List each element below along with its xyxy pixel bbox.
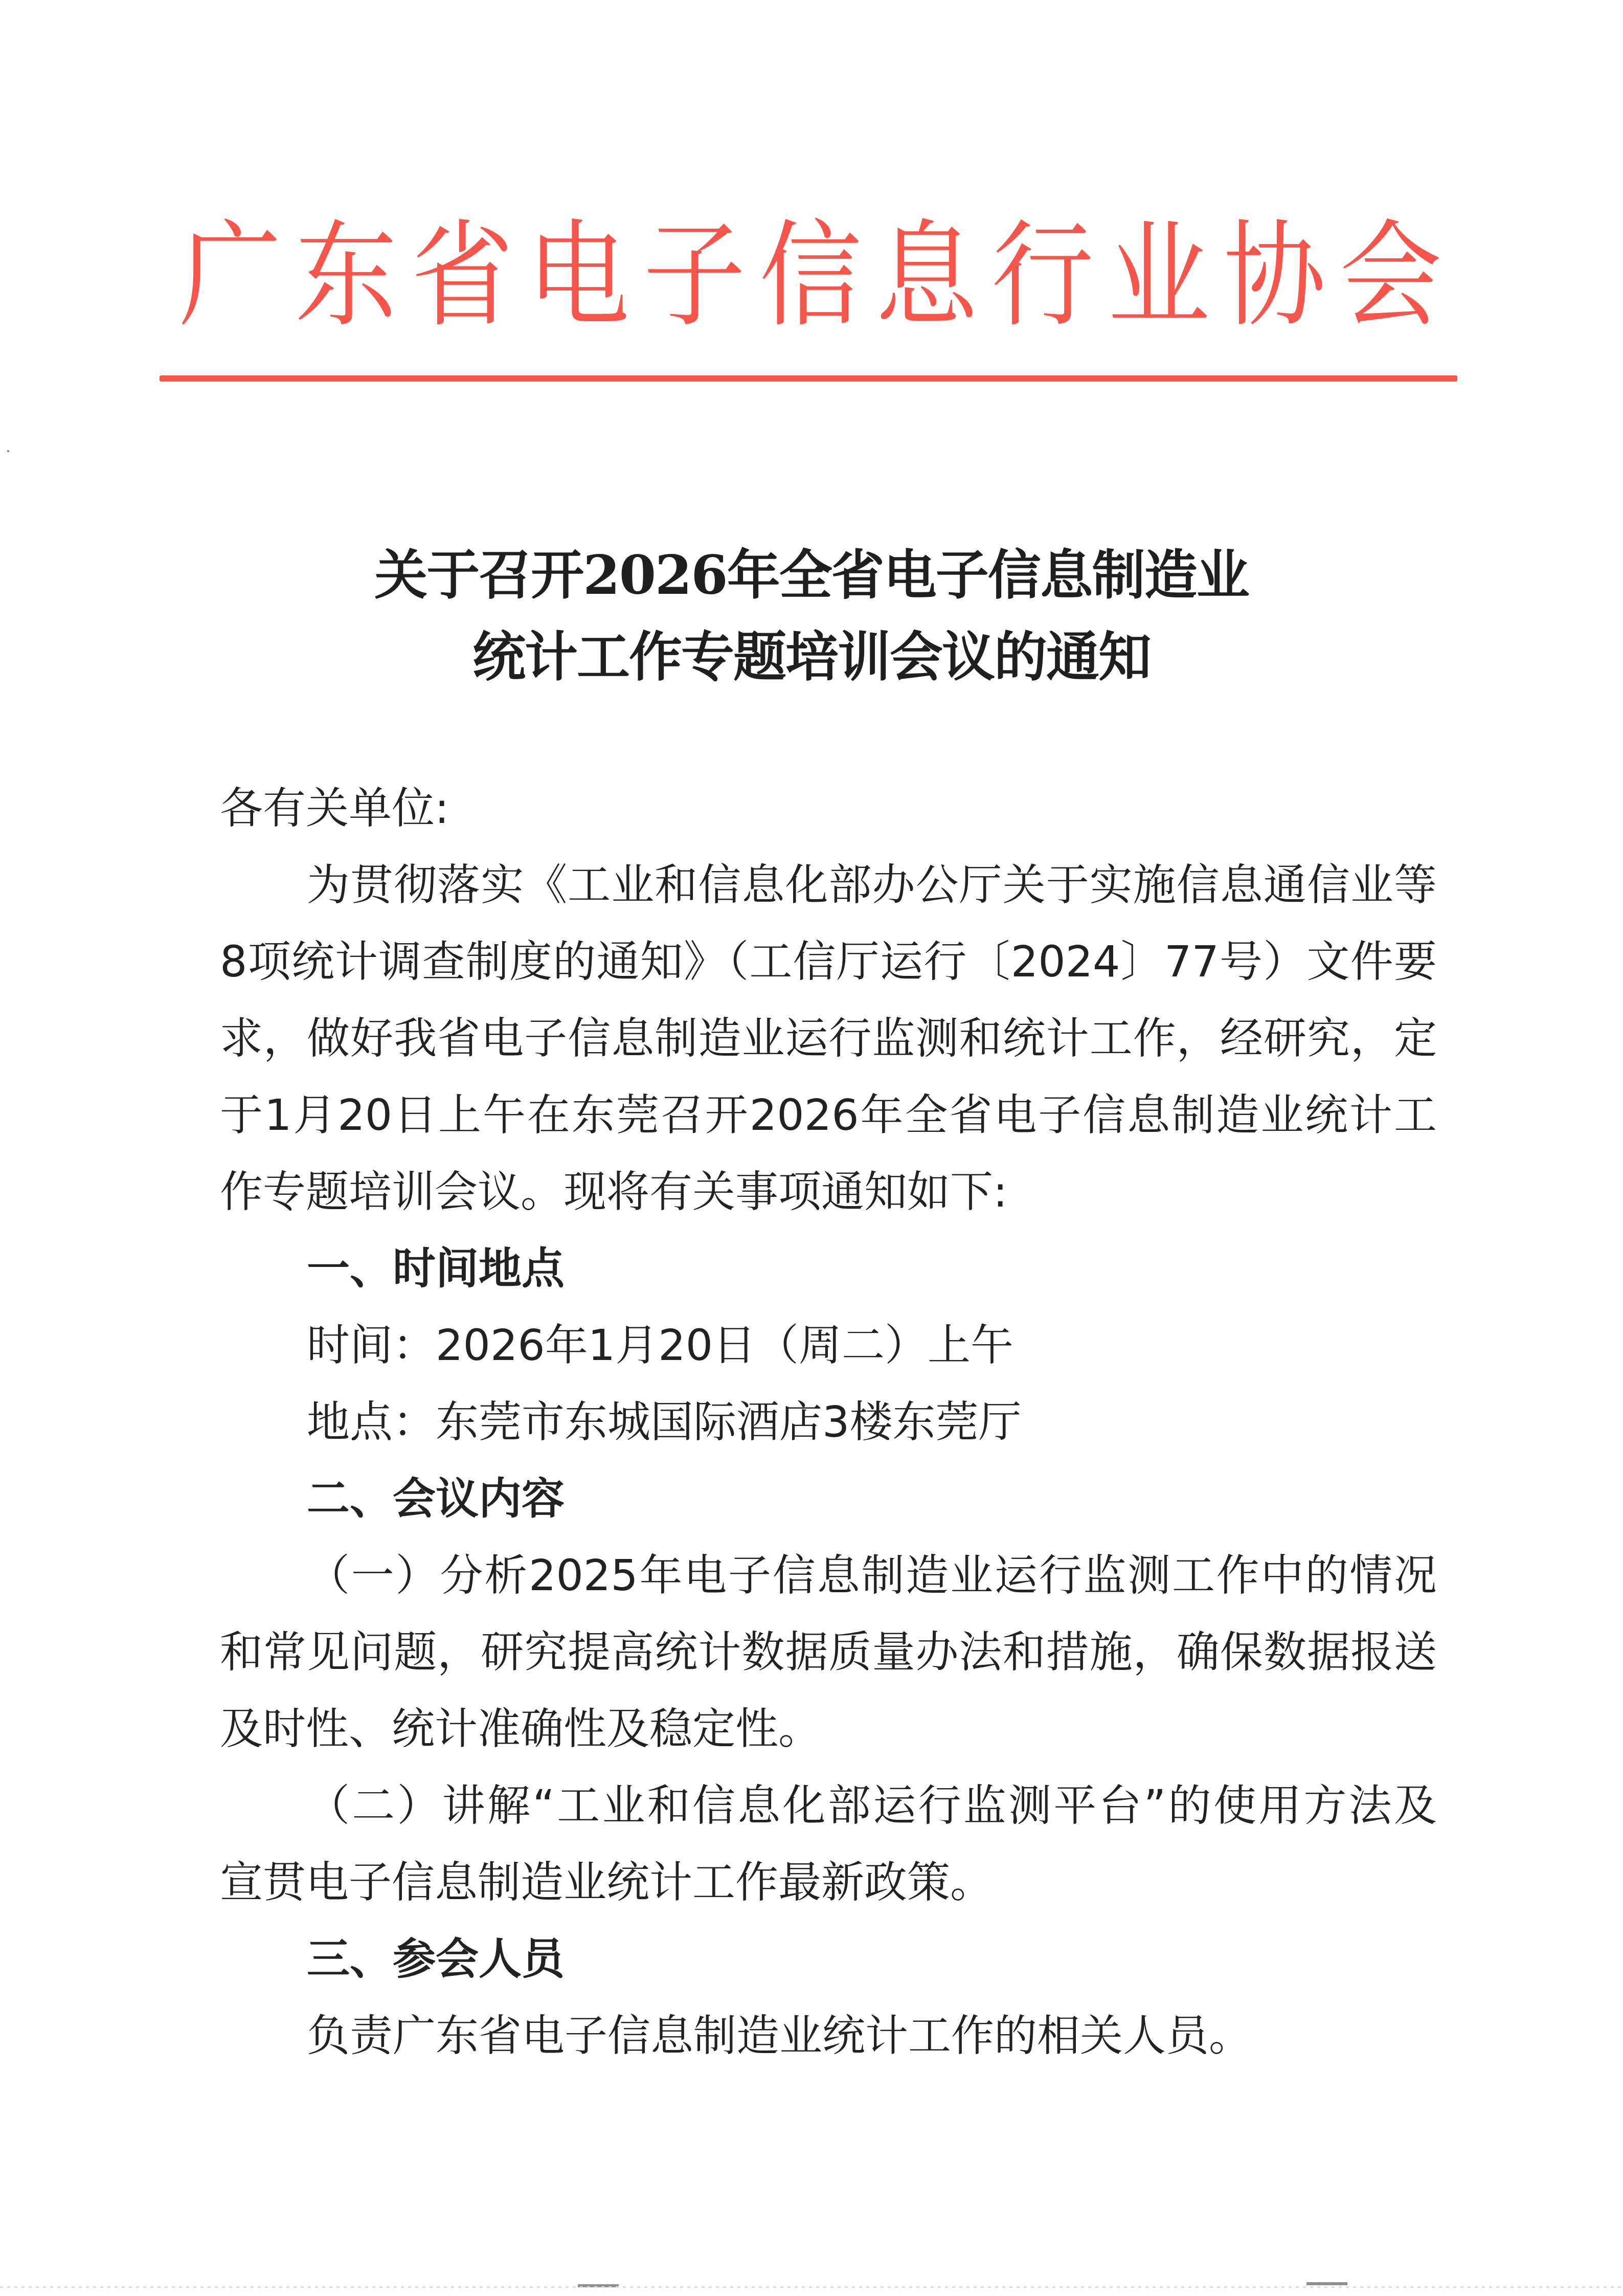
document-title-line-1: 关于召开2026年全省电子信息制造业 bbox=[0, 537, 1623, 614]
scan-artifact bbox=[1306, 2282, 1347, 2285]
organization-letterhead: 广 东 省 电 子 信 息 行 业 协 会 bbox=[179, 220, 1442, 332]
letterhead-char: 协 bbox=[1224, 213, 1326, 339]
document-title-line-2: 统计工作专题培训会议的通知 bbox=[0, 619, 1623, 696]
letterhead-char: 广 bbox=[179, 213, 281, 339]
intro-paragraph-line: 作专题培训会议。现将有关事项通知如下: bbox=[220, 1153, 1437, 1230]
section-heading-meeting-content: 二、会议内容 bbox=[307, 1460, 1437, 1537]
page-bottom-edge bbox=[0, 2286, 1623, 2288]
attendees-description: 负责广东省电子信息制造业统计工作的相关人员。 bbox=[307, 1997, 1437, 2074]
letterhead-char: 信 bbox=[759, 213, 862, 339]
content-item-2-line: （二）讲解“工业和信息化部运行监测平台”的使用方法及 bbox=[307, 1767, 1437, 1844]
scan-artifact bbox=[7, 450, 9, 452]
document-page: 广 东 省 电 子 信 息 行 业 协 会 关于召开2026年全省电子信息制造业… bbox=[0, 0, 1623, 2296]
intro-paragraph-line: 8项统计调查制度的通知》（工信厅运行〔2024〕77号）文件要 bbox=[220, 923, 1437, 1000]
section-heading-attendees: 三、参会人员 bbox=[307, 1921, 1437, 1997]
letterhead-char: 东 bbox=[295, 213, 397, 339]
letterhead-divider bbox=[160, 375, 1457, 382]
salutation: 各有关单位: bbox=[220, 770, 1437, 846]
intro-paragraph-line: 求，做好我省电子信息制造业运行监测和统计工作，经研究，定 bbox=[220, 1000, 1437, 1077]
meeting-location: 地点：东莞市东城国际酒店3楼东莞厅 bbox=[307, 1384, 1437, 1460]
content-item-1-line: 及时性、统计准确性及稳定性。 bbox=[220, 1690, 1437, 1767]
intro-paragraph-line: 为贯彻落实《工业和信息化部办公厅关于实施信息通信业等 bbox=[307, 846, 1437, 923]
letterhead-char: 省 bbox=[411, 213, 513, 339]
meeting-time: 时间：2026年1月20日（周二）上午 bbox=[307, 1307, 1437, 1384]
intro-paragraph-line: 于1月20日上午在东莞召开2026年全省电子信息制造业统计工 bbox=[220, 1077, 1437, 1153]
letterhead-char: 业 bbox=[1108, 213, 1210, 339]
content-item-1-line: 和常见问题，研究提高统计数据质量办法和措施，确保数据报送 bbox=[220, 1614, 1437, 1690]
letterhead-char: 息 bbox=[875, 213, 978, 339]
section-heading-time-location: 一、时间地点 bbox=[307, 1230, 1437, 1307]
letterhead-char: 会 bbox=[1340, 213, 1442, 339]
letterhead-char: 行 bbox=[991, 213, 1094, 339]
letterhead-char: 子 bbox=[643, 213, 746, 339]
content-item-2-line: 宣贯电子信息制造业统计工作最新政策。 bbox=[220, 1844, 1437, 1921]
letterhead-char: 电 bbox=[527, 213, 629, 339]
content-item-1-line: （一）分析2025年电子信息制造业运行监测工作中的情况 bbox=[307, 1537, 1437, 1614]
